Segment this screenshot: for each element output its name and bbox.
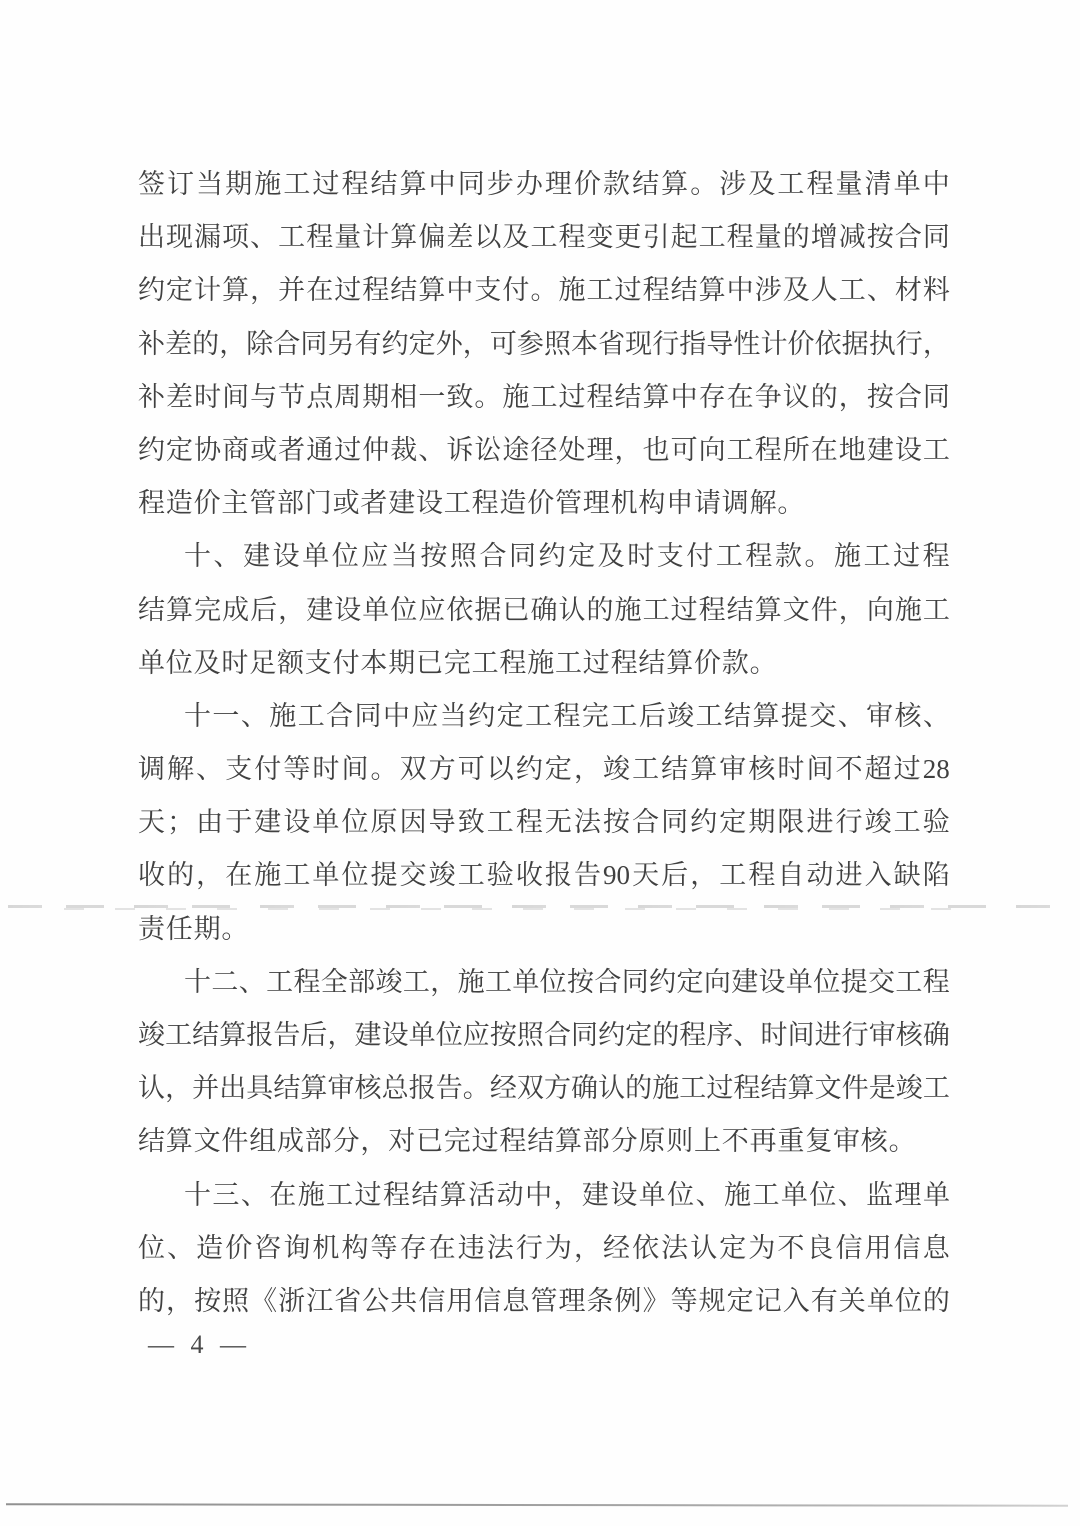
text-line: 补差时间与节点周期相一致。施工过程结算中存在争议的，按合同 — [138, 371, 950, 424]
text-line: 约定计算，并在过程结算中支付。施工过程结算中涉及人工、材料 — [138, 264, 950, 317]
text-line: 调解、支付等时间。双方可以约定，竣工结算审核时间不超过28 — [138, 743, 950, 796]
text-line: 十三、在施工过程结算活动中，建设单位、施工单位、监理单 — [138, 1169, 950, 1222]
text-line: 结算完成后，建设单位应依据已确认的施工过程结算文件，向施工 — [138, 584, 950, 637]
text-line: 约定协商或者通过仲裁、诉讼途径处理，也可向工程所在地建设工 — [138, 424, 950, 477]
text-line: 十一、施工合同中应当约定工程完工后竣工结算提交、审核、 — [138, 690, 950, 743]
text-line: 结算文件组成部分，对已完过程结算部分原则上不再重复审核。 — [138, 1115, 950, 1168]
text-line: 责任期。 — [138, 903, 950, 956]
text-line: 认，并出具结算审核总报告。经双方确认的施工过程结算文件是竣工 — [138, 1062, 950, 1115]
text-line: 收的，在施工单位提交竣工验收报告90天后，工程自动进入缺陷 — [138, 849, 950, 902]
text-line: 补差的，除合同另有约定外，可参照本省现行指导性计价依据执行， — [138, 318, 950, 371]
text-line: 十二、工程全部竣工，施工单位按合同约定向建设单位提交工程 — [138, 956, 950, 1009]
text-line: 单位及时足额支付本期已完工程施工过程结算价款。 — [138, 637, 950, 690]
text-line: 程造价主管部门或者建设工程造价管理机构申请调解。 — [138, 477, 950, 530]
page-number: — 4 — — [148, 1330, 251, 1360]
page-bottom-edge-line — [6, 1503, 1068, 1506]
text-line: 十、建设单位应当按照合同约定及时支付工程款。施工过程 — [138, 530, 950, 583]
text-line: 天；由于建设单位原因导致工程无法按合同约定期限进行竣工验 — [138, 796, 950, 849]
text-line: 竣工结算报告后，建设单位应按照合同约定的程序、时间进行审核确 — [138, 1009, 950, 1062]
text-line: 位、造价咨询机构等存在违法行为，经依法认定为不良信用信息 — [138, 1222, 950, 1275]
text-line: 的，按照《浙江省公共信用信息管理条例》等规定记入有关单位的 — [138, 1275, 950, 1328]
text-line: 出现漏项、工程量计算偏差以及工程变更引起工程量的增减按合同 — [138, 211, 950, 264]
document-text: 签订当期施工过程结算中同步办理价款结算。涉及工程量清单中出现漏项、工程量计算偏差… — [138, 158, 950, 1328]
text-line: 签订当期施工过程结算中同步办理价款结算。涉及工程量清单中 — [138, 158, 950, 211]
scanned-document-page: 签订当期施工过程结算中同步办理价款结算。涉及工程量清单中出现漏项、工程量计算偏差… — [0, 0, 1080, 1526]
scan-artifact-dashed-line-secondary — [64, 908, 964, 910]
